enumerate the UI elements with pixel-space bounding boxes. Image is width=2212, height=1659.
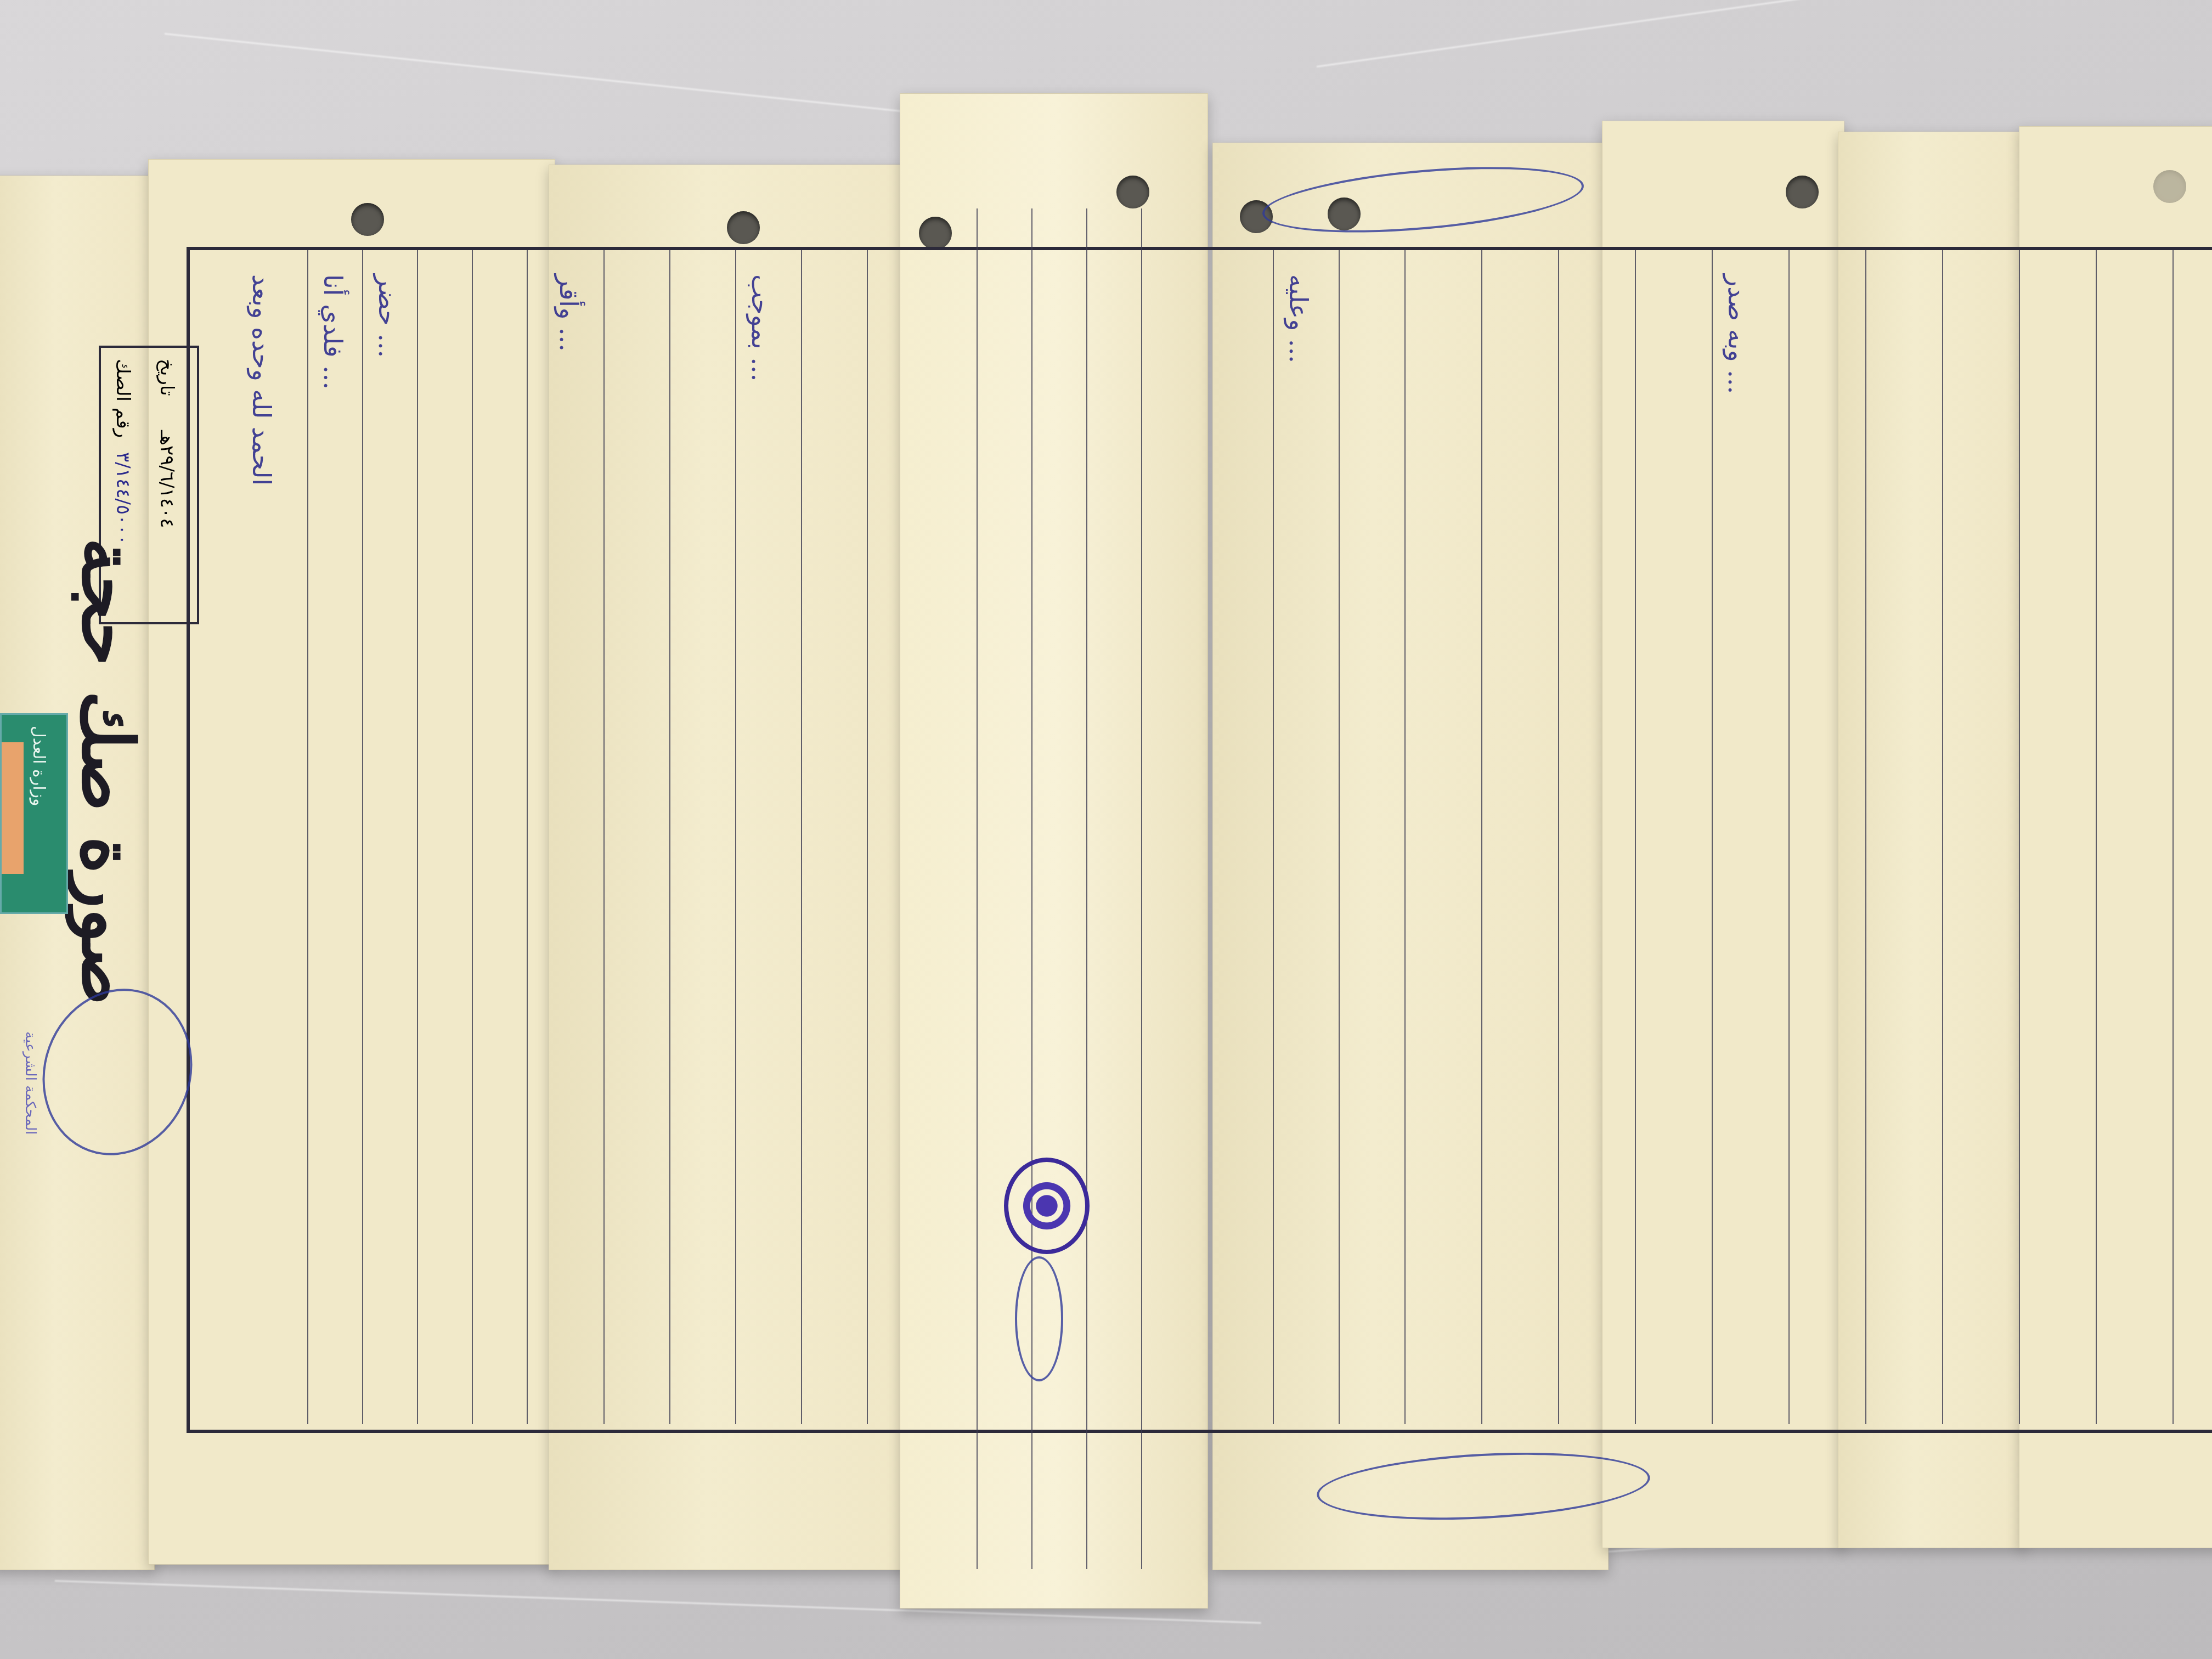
ruled-line bbox=[1141, 208, 1142, 1569]
marble-vein bbox=[165, 33, 929, 115]
ruled-line bbox=[1273, 250, 1274, 1424]
ministry-of-justice-logo: وزارة العدل bbox=[0, 713, 68, 914]
document-border bbox=[187, 247, 2212, 1433]
ruled-line bbox=[1635, 250, 1636, 1424]
ruled-line bbox=[801, 250, 802, 1424]
handwritten-line: حضر ... bbox=[373, 274, 403, 358]
ruled-line bbox=[1712, 250, 1713, 1424]
ruled-line bbox=[417, 250, 418, 1424]
deed-date-value: ٢٩/٦/١٤٠٤هـ bbox=[156, 430, 178, 528]
book-icon bbox=[2, 742, 24, 874]
punch-hole bbox=[2153, 170, 2186, 203]
document-title-calligraphy: صورة صك حجة bbox=[66, 538, 150, 1006]
handwritten-line: بموجب ... bbox=[746, 274, 776, 381]
folded-document: الحمد لله وحده وبعد فلدي أنا ... حضر ...… bbox=[0, 110, 2212, 1591]
ruled-line bbox=[2172, 250, 2174, 1424]
ruled-line bbox=[1404, 250, 1406, 1424]
ruled-line bbox=[977, 208, 978, 1569]
ruled-line bbox=[1481, 250, 1482, 1424]
circular-seal-icon bbox=[1004, 1158, 1090, 1254]
ruled-line bbox=[307, 250, 308, 1424]
handwritten-line: وأقر ... bbox=[554, 274, 584, 352]
ruled-line bbox=[1086, 208, 1087, 1569]
ruled-line bbox=[603, 250, 605, 1424]
deed-number-label: رقم الصك bbox=[112, 359, 134, 438]
deed-date-label: تاريخ bbox=[156, 359, 178, 396]
blue-stamp-text: المحكمة الشرعية bbox=[22, 1031, 38, 1135]
handwritten-line: وبه صدر ... bbox=[1723, 274, 1752, 394]
deed-number-value: ٣/١٤٤/٥٠٠٠ bbox=[112, 452, 134, 545]
ruled-line bbox=[1788, 250, 1790, 1424]
punch-hole bbox=[727, 211, 760, 244]
handwritten-line: فلدي أنا ... bbox=[318, 274, 348, 390]
ruled-line bbox=[527, 250, 528, 1424]
ruled-line bbox=[867, 250, 868, 1424]
ruled-line bbox=[1339, 250, 1340, 1424]
ruled-line bbox=[2096, 250, 2097, 1424]
ruled-line bbox=[362, 250, 363, 1424]
ruled-line bbox=[2019, 250, 2020, 1424]
signature-scribble bbox=[1015, 1256, 1063, 1381]
punch-hole bbox=[1116, 176, 1149, 208]
ruled-line bbox=[472, 250, 473, 1424]
ruled-line bbox=[669, 250, 670, 1424]
ruled-line bbox=[1942, 250, 1943, 1424]
ruled-line bbox=[1865, 250, 1866, 1424]
ministry-logo-text: وزارة العدل bbox=[29, 726, 48, 806]
punch-hole bbox=[1786, 176, 1819, 208]
ruled-line bbox=[1558, 250, 1559, 1424]
punch-hole bbox=[351, 203, 384, 236]
handwritten-line: وعليه ... bbox=[1284, 274, 1313, 363]
ruled-line bbox=[735, 250, 736, 1424]
handwritten-line: الحمد لله وحده وبعد bbox=[247, 274, 276, 486]
punch-hole bbox=[919, 217, 952, 250]
marble-vein bbox=[1317, 0, 2186, 67]
